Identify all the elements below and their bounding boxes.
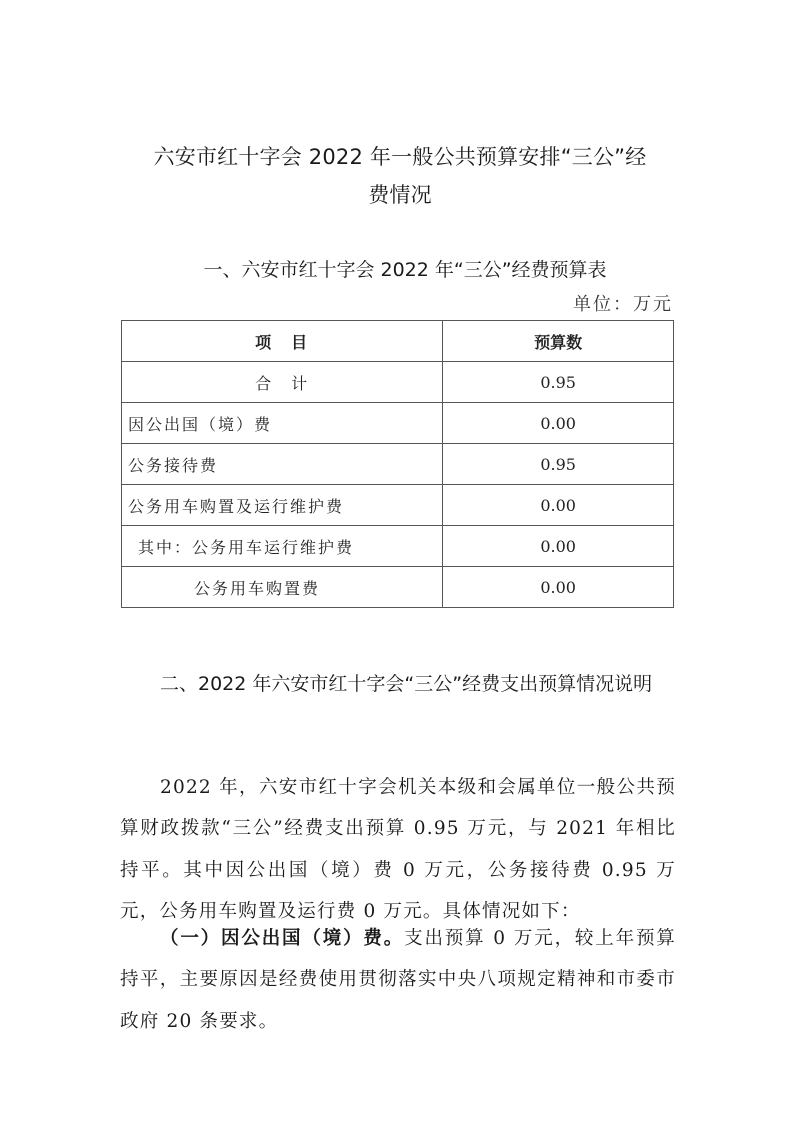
row-value: 0.00 — [443, 567, 674, 608]
row-item: 因公出国（境）费 — [122, 403, 443, 444]
unit-label: 单位：万元 — [573, 290, 673, 320]
table-row: 公务用车购置及运行维护费 0.00 — [122, 485, 674, 526]
row-value: 0.00 — [443, 485, 674, 526]
row-item: 公务用车购置费 — [122, 567, 443, 608]
budget-table: 项 目 预算数 合 计 0.95 因公出国（境）费 0.00 公务接待费 0.9… — [121, 320, 674, 608]
row-value: 0.95 — [443, 362, 674, 403]
row-item: 公务用车购置及运行维护费 — [122, 485, 443, 526]
row-value: 0.00 — [443, 403, 674, 444]
table-row: 因公出国（境）费 0.00 — [122, 403, 674, 444]
row-item: 合 计 — [122, 362, 443, 403]
header-item: 项 目 — [122, 321, 443, 362]
row-value: 0.95 — [443, 444, 674, 485]
section-2-heading: 二、2022 年六安市红十字会“三公”经费支出预算情况说明 — [120, 662, 675, 707]
document-title: 六安市红十字会 2022 年一般公共预算安排“三公”经 费情况 — [110, 138, 690, 214]
row-value: 0.00 — [443, 526, 674, 567]
row-item: 其中：公务用车运行维护费 — [122, 526, 443, 567]
table-header-row: 项 目 预算数 — [122, 321, 674, 362]
row-item: 公务接待费 — [122, 444, 443, 485]
title-line-2: 费情况 — [110, 176, 690, 214]
table-row: 公务用车购置费 0.00 — [122, 567, 674, 608]
header-budget: 预算数 — [443, 321, 674, 362]
paragraph-summary: 2022 年，六安市红十字会机关本级和会属单位一般公共预算财政拨款“三公”经费支… — [120, 767, 676, 933]
table-row: 其中：公务用车运行维护费 0.00 — [122, 526, 674, 567]
title-line-1: 六安市红十字会 2022 年一般公共预算安排“三公”经 — [154, 145, 647, 169]
paragraph-overseas-travel: （一）因公出国（境）费。支出预算 0 万元，较上年预算持平，主要原因是经费使用贯… — [120, 918, 676, 1043]
table-row: 公务接待费 0.95 — [122, 444, 674, 485]
paragraph-lead: （一）因公出国（境）费。 — [160, 928, 404, 949]
document-page: 六安市红十字会 2022 年一般公共预算安排“三公”经 费情况 一、六安市红十字… — [0, 0, 793, 1122]
table-row-total: 合 计 0.95 — [122, 362, 674, 403]
section-1-heading: 一、六安市红十字会 2022 年“三公”经费预算表 — [110, 250, 690, 290]
